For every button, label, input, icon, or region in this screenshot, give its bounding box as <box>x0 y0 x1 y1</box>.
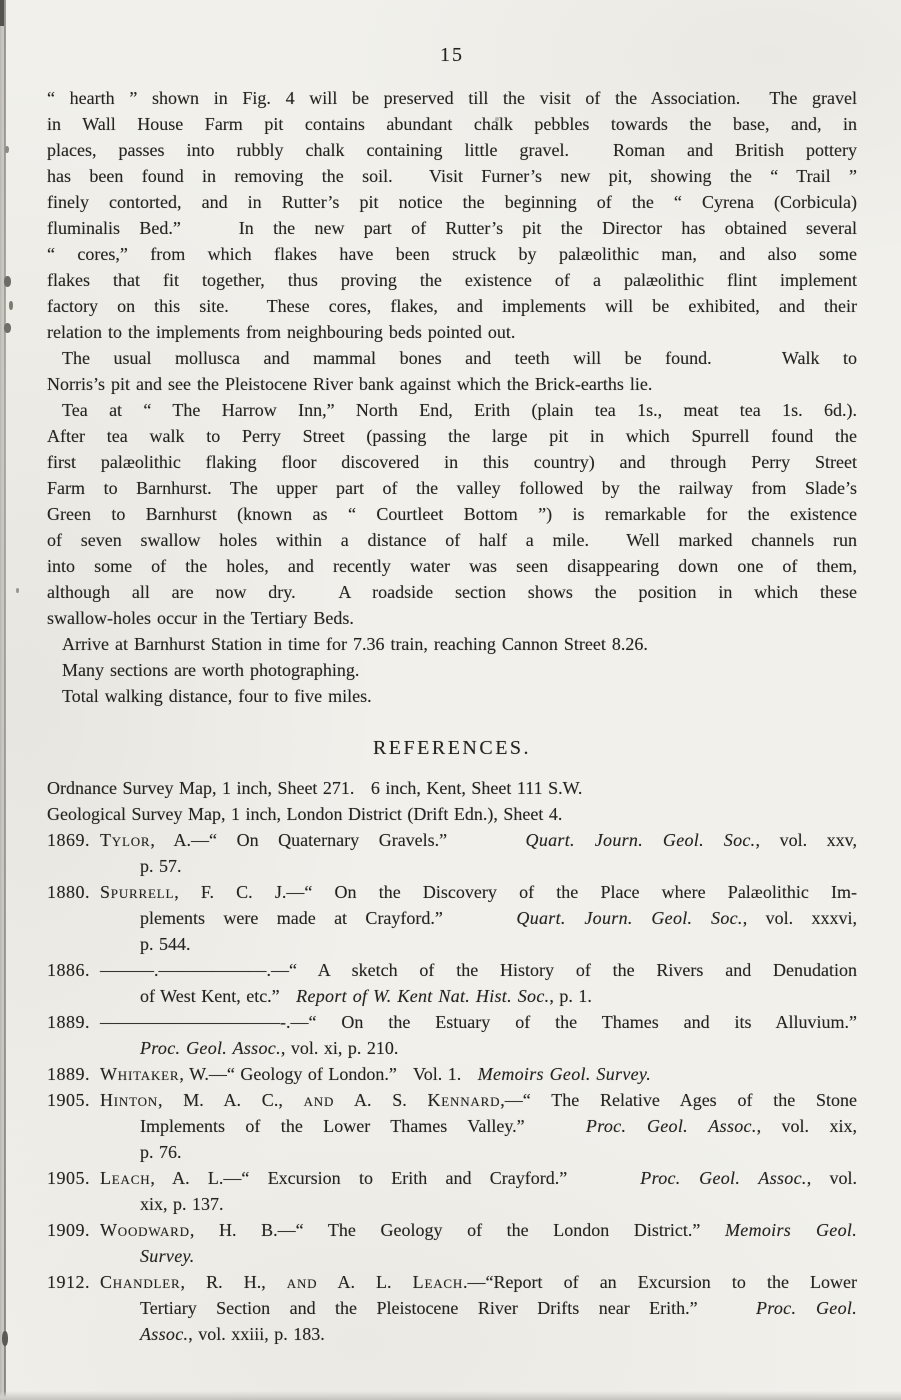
scan-speck <box>4 323 11 333</box>
body-line: first palæolithic flaking floor discover… <box>47 449 857 475</box>
body-paragraph: The usual mollusca and mammal bones and … <box>47 345 857 397</box>
reference-year: 1905. <box>47 1165 100 1191</box>
body-paragraph: “ hearth ” shown in Fig. 4 will be prese… <box>47 85 857 345</box>
body-paragraph: Many sections are worth photographing. <box>47 657 857 683</box>
reference-entry: 1912.Chandler, R. H., and A. L. Leach.—“… <box>47 1269 857 1347</box>
body-line: Arrive at Barnhurst Station in time for … <box>47 631 857 657</box>
body-line: flakes that fit together, thus proving t… <box>47 267 857 293</box>
body-paragraph: Arrive at Barnhurst Station in time for … <box>47 631 857 657</box>
reference-line: plements were made at Crayford.” Quart. … <box>100 905 857 931</box>
reference-line: Tertiary Section and the Pleistocene Riv… <box>100 1295 857 1321</box>
reference-lines: ———.——————.—“ A sketch of the History of… <box>100 957 857 1009</box>
body-line: has been found in removing the soil. Vis… <box>47 163 857 189</box>
reference-line: p. 76. <box>100 1139 857 1165</box>
body-line: finely contorted, and in Rutter’s pit no… <box>47 189 857 215</box>
body-line: relation to the implements from neighbou… <box>47 319 857 345</box>
scan-speck <box>9 301 13 310</box>
reference-year: 1909. <box>47 1217 100 1243</box>
body-line: Tea at “ The Harrow Inn,” North End, Eri… <box>47 397 857 423</box>
reference-line: Woodward, H. B.—“ The Geology of the Lon… <box>100 1217 857 1243</box>
reference-line: Chandler, R. H., and A. L. Leach.—“Repor… <box>100 1269 857 1295</box>
reference-year: 1880. <box>47 879 100 905</box>
body-line: Total walking distance, four to five mil… <box>47 683 857 709</box>
reference-year: 1912. <box>47 1269 100 1295</box>
reference-preamble-line: Geological Survey Map, 1 inch, London Di… <box>47 801 857 827</box>
scan-edge-left-line <box>4 0 6 1400</box>
reference-year: 1905. <box>47 1087 100 1113</box>
reference-entry: 1886.———.——————.—“ A sketch of the Histo… <box>47 957 857 1009</box>
body-line: swallow-holes occur in the Tertiary Beds… <box>47 605 857 631</box>
body-line: Farm to Barnhurst. The upper part of the… <box>47 475 857 501</box>
reference-lines: Whitaker, W.—“ Geology of London.” Vol. … <box>100 1061 857 1087</box>
body-line: “ hearth ” shown in Fig. 4 will be prese… <box>47 85 857 111</box>
reference-line: of West Kent, etc.” Report of W. Kent Na… <box>100 983 857 1009</box>
reference-lines: Tylor, A.—“ On Quaternary Gravels.” Quar… <box>100 827 857 879</box>
reference-line: Whitaker, W.—“ Geology of London.” Vol. … <box>100 1061 857 1087</box>
body-line: in Wall House Farm pit contains abundant… <box>47 111 857 137</box>
scan-corner-mark <box>0 0 4 26</box>
reference-lines: Hinton, M. A. C., and A. S. Kennard,—“ T… <box>100 1087 857 1165</box>
references-heading: REFERENCES. <box>47 734 857 762</box>
reference-line: Tylor, A.—“ On Quaternary Gravels.” Quar… <box>100 827 857 853</box>
body-line: places, passes into rubbly chalk contain… <box>47 137 857 163</box>
reference-line: ——————————-.—“ On the Estuary of the Tha… <box>100 1009 857 1035</box>
body-line: Green to Barnhurst (known as “ Courtleet… <box>47 501 857 527</box>
body-line: After tea walk to Perry Street (passing … <box>47 423 857 449</box>
body-text: “ hearth ” shown in Fig. 4 will be prese… <box>47 85 857 709</box>
scan-speck <box>4 276 11 287</box>
reference-year: 1886. <box>47 957 100 983</box>
body-line: Many sections are worth photographing. <box>47 657 857 683</box>
reference-year: 1869. <box>47 827 100 853</box>
reference-line: Hinton, M. A. C., and A. S. Kennard,—“ T… <box>100 1087 857 1113</box>
body-line: into some of the holes, and recently wat… <box>47 553 857 579</box>
reference-line: Survey. <box>100 1243 857 1269</box>
page-number: 15 <box>47 0 857 68</box>
reference-entry: 1889.——————————-.—“ On the Estuary of th… <box>47 1009 857 1061</box>
body-paragraph: Total walking distance, four to five mil… <box>47 683 857 709</box>
body-line: “ cores,” from which flakes have been st… <box>47 241 857 267</box>
reference-preamble-line: Ordnance Survey Map, 1 inch, Sheet 271. … <box>47 775 857 801</box>
reference-lines: Leach, A. L.—“ Excursion to Erith and Cr… <box>100 1165 857 1217</box>
reference-entry: 1909.Woodward, H. B.—“ The Geology of th… <box>47 1217 857 1269</box>
reference-year: 1889. <box>47 1061 100 1087</box>
reference-line: Leach, A. L.—“ Excursion to Erith and Cr… <box>100 1165 857 1191</box>
scan-speck <box>5 146 9 153</box>
body-line: fluminalis Bed.” In the new part of Rutt… <box>47 215 857 241</box>
reference-entry: 1905.Leach, A. L.—“ Excursion to Erith a… <box>47 1165 857 1217</box>
scan-edge-bottom <box>0 1391 901 1400</box>
scan-speck <box>2 1331 8 1346</box>
body-line: factory on this site. These cores, flake… <box>47 293 857 319</box>
body-line: of seven swallow holes within a distance… <box>47 527 857 553</box>
reference-line: p. 57. <box>100 853 857 879</box>
reference-line: Spurrell, F. C. J.—“ On the Discovery of… <box>100 879 857 905</box>
reference-entry: 1869.Tylor, A.—“ On Quaternary Gravels.”… <box>47 827 857 879</box>
reference-line: Implements of the Lower Thames Valley.” … <box>100 1113 857 1139</box>
body-line: The usual mollusca and mammal bones and … <box>47 345 857 371</box>
body-line: Norris’s pit and see the Pleistocene Riv… <box>47 371 857 397</box>
reference-lines: ——————————-.—“ On the Estuary of the Tha… <box>100 1009 857 1061</box>
reference-line: Proc. Geol. Assoc., vol. xi, p. 210. <box>100 1035 857 1061</box>
reference-lines: Woodward, H. B.—“ The Geology of the Lon… <box>100 1217 857 1269</box>
reference-line: ———.——————.—“ A sketch of the History of… <box>100 957 857 983</box>
reference-line: p. 544. <box>100 931 857 957</box>
reference-lines: Spurrell, F. C. J.—“ On the Discovery of… <box>100 879 857 957</box>
reference-entry: 1880.Spurrell, F. C. J.—“ On the Discove… <box>47 879 857 957</box>
reference-lines: Chandler, R. H., and A. L. Leach.—“Repor… <box>100 1269 857 1347</box>
reference-line: xix, p. 137. <box>100 1191 857 1217</box>
body-line: although all are now dry. A roadside sec… <box>47 579 857 605</box>
page-content: 15 “ hearth ” shown in Fig. 4 will be pr… <box>47 0 857 1347</box>
reference-entry: 1905.Hinton, M. A. C., and A. S. Kennard… <box>47 1087 857 1165</box>
reference-entry: 1889.Whitaker, W.—“ Geology of London.” … <box>47 1061 857 1087</box>
reference-line: Assoc., vol. xxiii, p. 183. <box>100 1321 857 1347</box>
reference-year: 1889. <box>47 1009 100 1035</box>
scan-speck <box>16 588 19 593</box>
references-list: Ordnance Survey Map, 1 inch, Sheet 271. … <box>47 775 857 1347</box>
scanned-page: 15 “ hearth ” shown in Fig. 4 will be pr… <box>0 0 901 1400</box>
body-paragraph: Tea at “ The Harrow Inn,” North End, Eri… <box>47 397 857 631</box>
